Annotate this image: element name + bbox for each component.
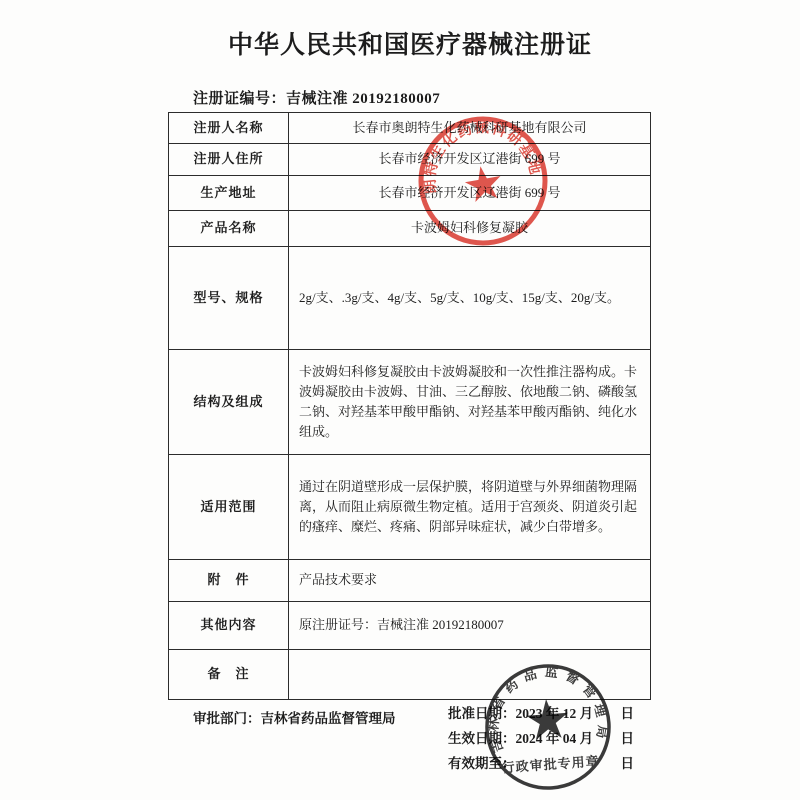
expiry-date-label: 有效期至： <box>448 752 516 772</box>
registration-number-label: 注册证编号： <box>193 91 286 107</box>
approval-date-value: 2023 年 12 月 <box>516 702 594 722</box>
row-label-structure-composition: 结构及组成 <box>169 350 289 455</box>
effective-date-label: 生效日期： <box>448 727 516 747</box>
row-label-production-address: 生产地址 <box>169 176 289 211</box>
table-row: 注册人住所 长春市经济开发区辽港街 699 号 <box>169 144 651 176</box>
approval-department-label: 审批部门： <box>193 711 261 726</box>
effective-date-day-suffix: 日 <box>621 727 635 747</box>
date-lines: 批准日期：2023 年 12 月 日 生效日期：2024 年 04 月 日 有效… <box>448 702 634 777</box>
row-value-registrant-address: 长春市经济开发区辽港街 699 号 <box>289 144 651 176</box>
expiry-date-line: 有效期至： 日 <box>448 752 634 777</box>
table-row: 备 注 <box>169 650 651 700</box>
approval-date-label: 批准日期： <box>448 702 516 722</box>
table-row: 结构及组成 卡波姆妇科修复凝胶由卡波姆凝胶和一次性推注器构成。卡波姆凝胶由卡波姆… <box>169 350 651 455</box>
registration-number-line: 注册证编号：吉械注准 20192180007 <box>193 87 440 108</box>
table-row: 产品名称 卡波姆妇科修复凝胶 <box>169 211 651 247</box>
approval-department-value: 吉林省药品监督管理局 <box>261 711 396 726</box>
row-value-model-spec: 2g/支、.3g/支、4g/支、5g/支、10g/支、15g/支、20g/支。 <box>289 247 651 350</box>
row-value-attachment: 产品技术要求 <box>289 560 651 602</box>
row-label-model-spec: 型号、规格 <box>169 247 289 350</box>
row-value-production-address: 长春市经济开发区辽港街 699 号 <box>289 176 651 211</box>
row-label-registrant-address: 注册人住所 <box>169 144 289 176</box>
table-row: 适用范围 通过在阴道壁形成一层保护膜，将阴道壁与外界细菌物理隔离，从而阻止病原微… <box>169 455 651 560</box>
approval-date-day-suffix: 日 <box>621 702 635 722</box>
row-value-scope-of-application: 通过在阴道壁形成一层保护膜，将阴道壁与外界细菌物理隔离，从而阻止病原微生物定植。… <box>289 455 651 560</box>
registration-number-value: 吉械注准 20192180007 <box>286 91 440 107</box>
certificate-title: 中华人民共和国医疗器械注册证 <box>0 25 800 61</box>
row-value-structure-composition: 卡波姆妇科修复凝胶由卡波姆凝胶和一次性推注器构成。卡波姆凝胶由卡波姆、甘油、三乙… <box>289 350 651 455</box>
row-label-other-content: 其他内容 <box>169 602 289 650</box>
table-row: 生产地址 长春市经济开发区辽港街 699 号 <box>169 176 651 211</box>
table-row: 注册人名称 长春市奥朗特生化药械科研基地有限公司 <box>169 113 651 144</box>
row-value-remarks <box>289 650 651 700</box>
certificate-page: 中华人民共和国医疗器械注册证 注册证编号：吉械注准 20192180007 注册… <box>0 0 800 800</box>
table-row: 其他内容 原注册证号：吉械注准 20192180007 <box>169 602 651 650</box>
approval-department-line: 审批部门：吉林省药品监督管理局 <box>193 707 396 727</box>
effective-date-line: 生效日期：2024 年 04 月 日 <box>448 727 634 752</box>
row-label-attachment: 附 件 <box>169 560 289 602</box>
row-label-remarks: 备 注 <box>169 650 289 700</box>
approval-date-line: 批准日期：2023 年 12 月 日 <box>448 702 634 727</box>
row-value-other-content: 原注册证号：吉械注准 20192180007 <box>289 602 651 650</box>
effective-date-value: 2024 年 04 月 <box>516 727 594 747</box>
table-row: 型号、规格 2g/支、.3g/支、4g/支、5g/支、10g/支、15g/支、2… <box>169 247 651 350</box>
row-label-product-name: 产品名称 <box>169 211 289 247</box>
expiry-date-day-suffix: 日 <box>621 752 635 772</box>
row-label-scope-of-application: 适用范围 <box>169 455 289 560</box>
row-label-registrant-name: 注册人名称 <box>169 113 289 144</box>
table-row: 附 件 产品技术要求 <box>169 560 651 602</box>
row-value-registrant-name: 长春市奥朗特生化药械科研基地有限公司 <box>289 113 651 144</box>
certificate-table: 注册人名称 长春市奥朗特生化药械科研基地有限公司 注册人住所 长春市经济开发区辽… <box>168 112 651 700</box>
row-value-product-name: 卡波姆妇科修复凝胶 <box>289 211 651 247</box>
